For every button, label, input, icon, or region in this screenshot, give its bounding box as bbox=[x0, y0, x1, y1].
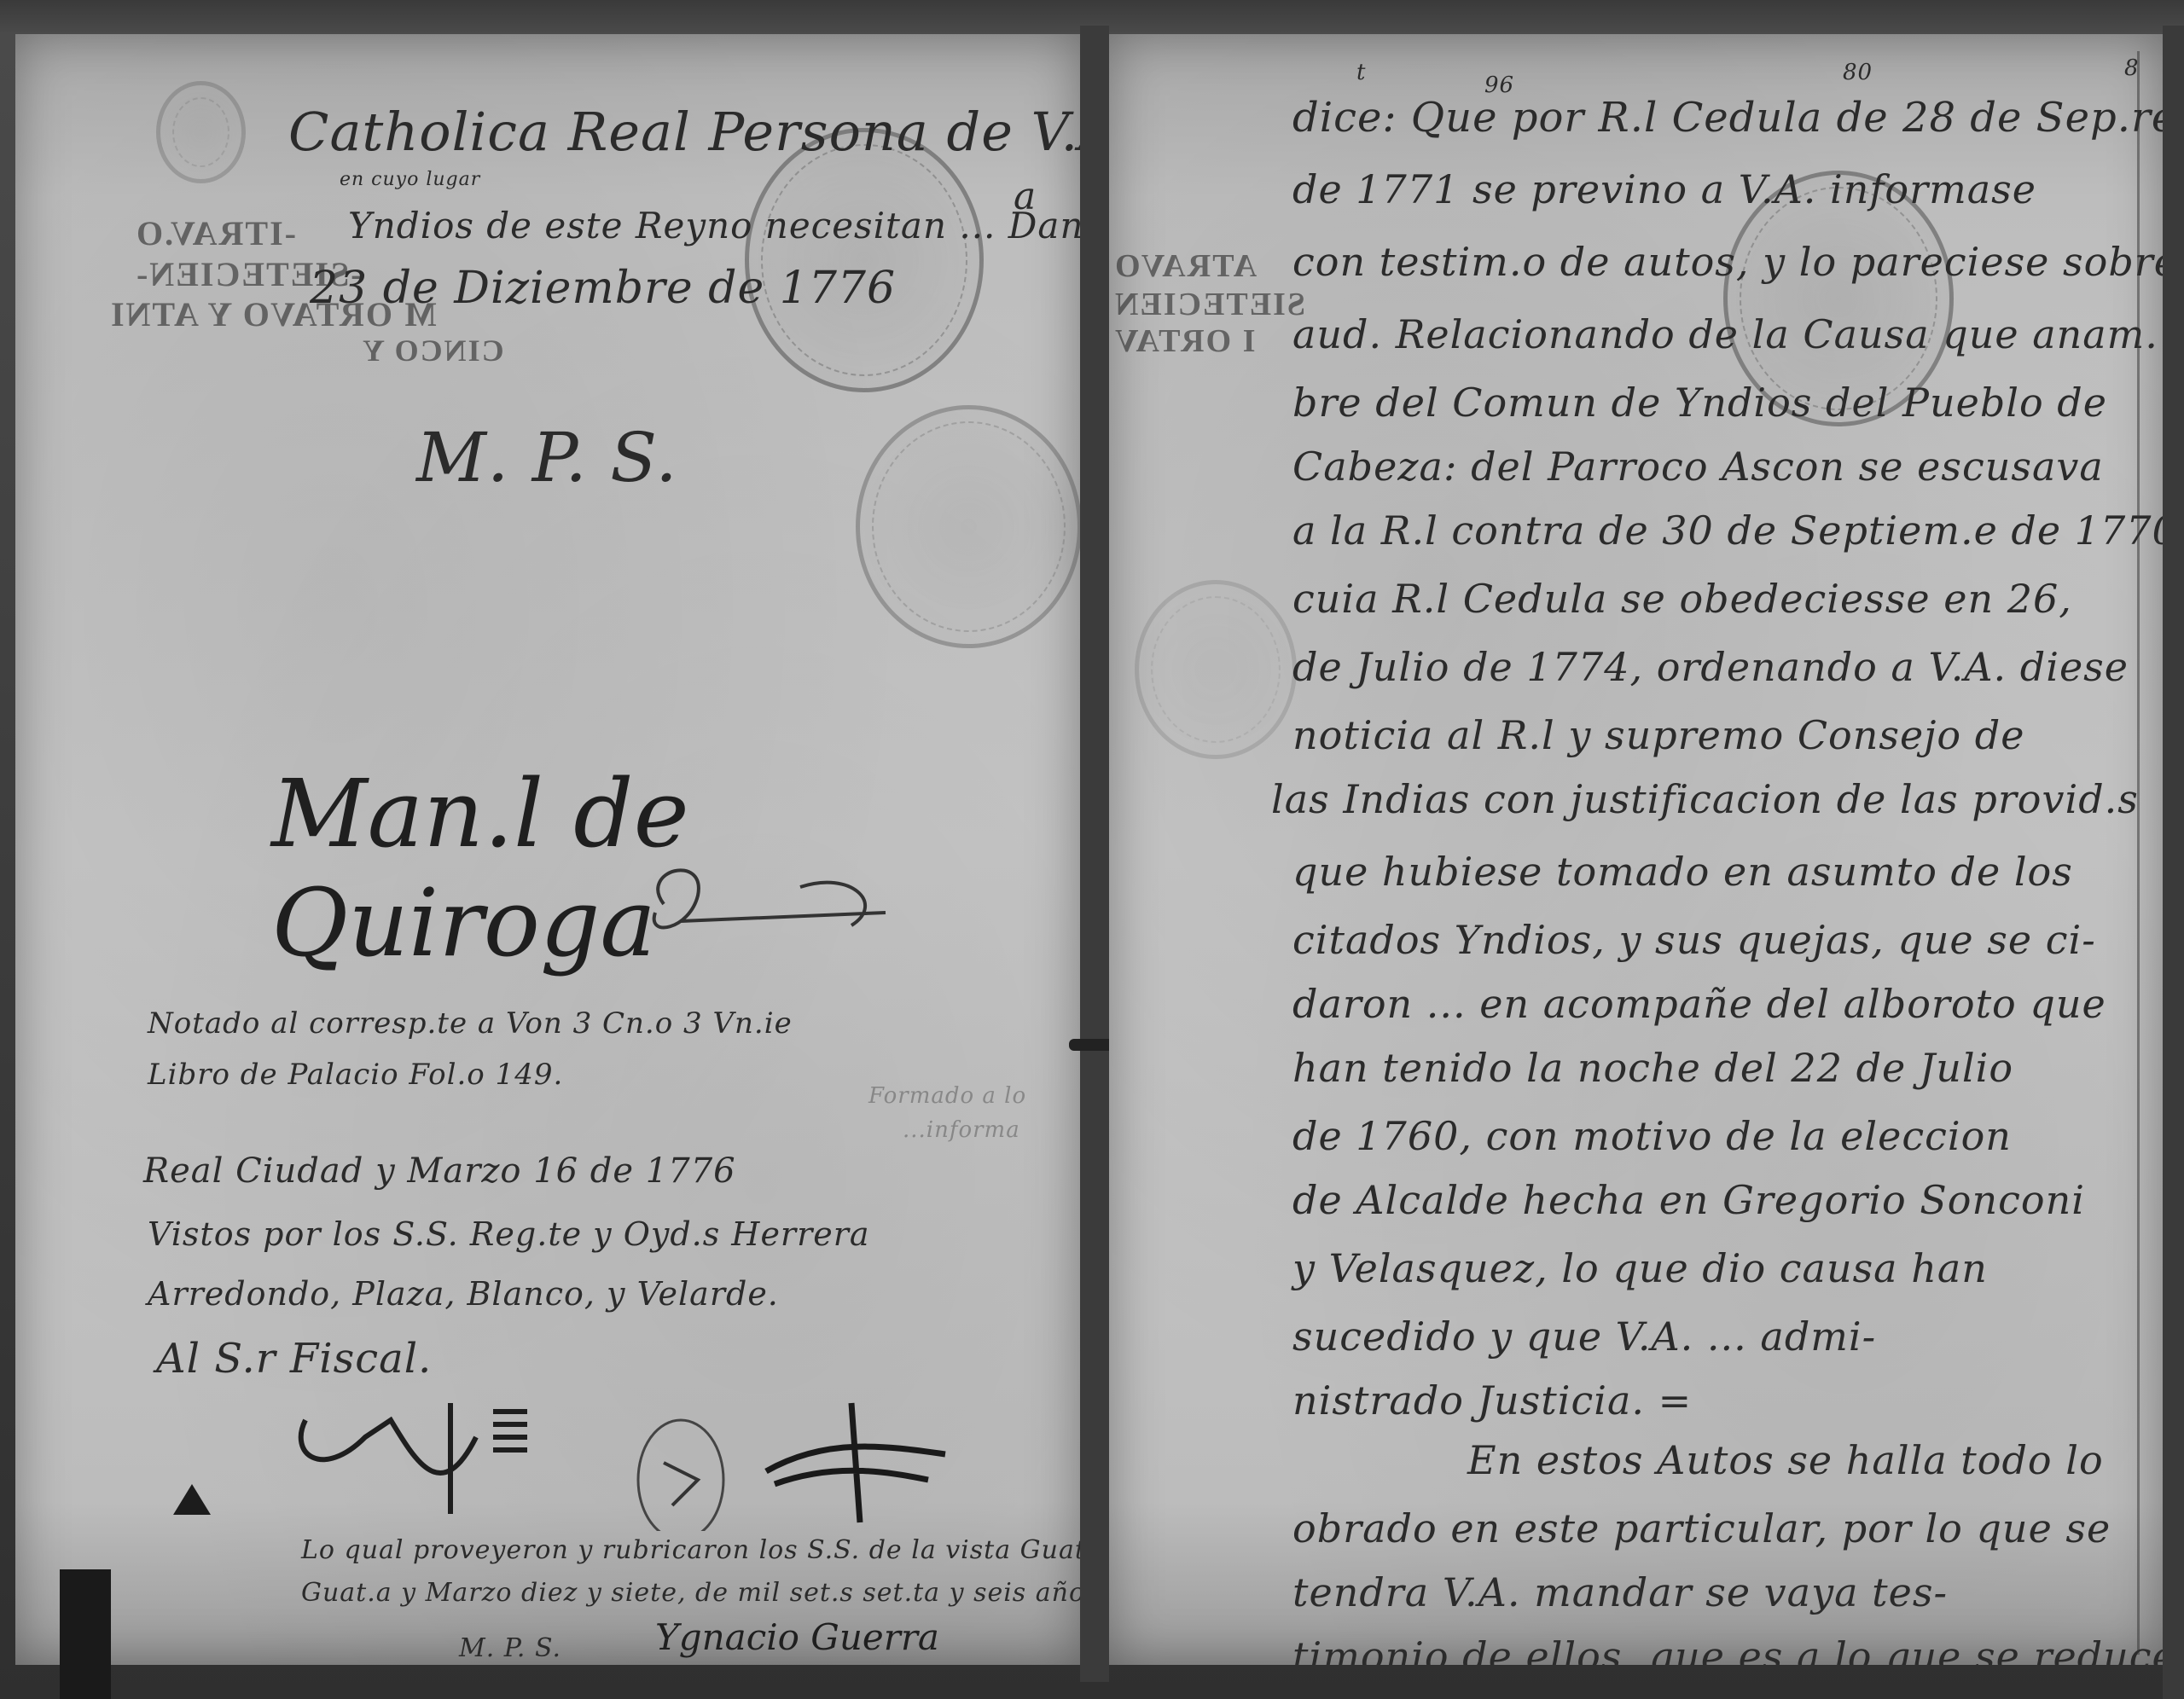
text-line-23: tendra V.A. mandar se vaya tes- bbox=[1292, 1569, 1948, 1615]
text-line-11: las Indias con justificacion de las prov… bbox=[1271, 776, 2139, 822]
header-superscript: en cuyo lugar bbox=[340, 169, 480, 190]
text-line-6: Cabeza: del Parroco Ascon se escusava bbox=[1292, 444, 2104, 490]
text-line-10: noticia al R.l y supremo Consejo de bbox=[1292, 712, 2024, 758]
note-line-1: Notado al corresp.te a Von 3 Cn.o 3 Vn.i… bbox=[148, 1006, 793, 1041]
margin-bleed-1: Formado a lo bbox=[868, 1083, 1026, 1109]
r-stamp-bleed-2: SIETECIEN bbox=[1113, 286, 1305, 323]
decree-line-4: Al S.r Fiscal. bbox=[156, 1335, 432, 1383]
note-line-2: Libro de Palacio Fol.o 149. bbox=[148, 1058, 563, 1092]
rubric-flourish-icon bbox=[630, 853, 903, 947]
salutation: M. P. S. bbox=[416, 418, 678, 497]
seal-stamp-middle bbox=[856, 405, 1080, 648]
text-line-17: de Alcalde hecha en Gregorio Sonconi bbox=[1292, 1177, 2085, 1223]
header-date: 23 de Diziembre de 1776 bbox=[310, 263, 896, 314]
publication-line-2: Guat.a y Marzo diez y siete, de mil set.… bbox=[301, 1578, 1080, 1608]
folio-mark-t: t bbox=[1356, 60, 1366, 85]
text-line-4: aud. Relacionando de la Causa que anam. bbox=[1292, 311, 2158, 357]
text-line-24: timonio de ellos, que es a lo que se red… bbox=[1292, 1633, 2163, 1665]
text-line-18: y Velasquez, lo que dio causa han bbox=[1292, 1245, 1988, 1291]
page-edge-line bbox=[2137, 51, 2140, 1655]
text-line-7: a la R.l contra de 30 de Septiem.e de 17… bbox=[1292, 507, 2163, 554]
text-line-21: En estos Autos se halla todo lo bbox=[1467, 1437, 2104, 1483]
decree-line-2: Vistos por los S.S. Reg.te y Oyd.s Herre… bbox=[148, 1215, 870, 1253]
text-line-19: sucedido y que V.A. ... admi- bbox=[1292, 1313, 1876, 1360]
text-line-15: han tenido la noche del 22 de Julio bbox=[1292, 1045, 2013, 1091]
folio-mark-80: 80 bbox=[1843, 60, 1873, 85]
text-line-8: cuia R.l Cedula se obedeciesse en 26, bbox=[1292, 576, 2072, 622]
seal-bleed-right bbox=[1135, 580, 1297, 759]
text-line-1: dice: Que por R.l Cedula de 28 de Sep.re bbox=[1292, 94, 2163, 142]
text-line-22: obrado en este particular, por lo que se bbox=[1292, 1505, 2111, 1551]
scan-shadow-block bbox=[60, 1569, 111, 1699]
book-gutter bbox=[1080, 26, 1109, 1682]
publication-line-1: Lo qual proveyeron y rubricaron los S.S.… bbox=[301, 1535, 1080, 1565]
text-line-2: de 1771 se previno a V.A. informase bbox=[1292, 166, 2036, 212]
margin-bleed-2: ...informa bbox=[903, 1117, 1020, 1143]
stamp-bleed-5: CINCO Y bbox=[361, 333, 504, 368]
rubric-signatures-icon bbox=[271, 1386, 1039, 1531]
text-line-16: de 1760, con motivo de la eleccion bbox=[1292, 1113, 2012, 1159]
header-line-2: Yndios de este Reyno necesitan ... Dan bbox=[348, 205, 1080, 246]
text-line-14: daron ... en acompañe del alboroto que bbox=[1292, 981, 2106, 1027]
seal-stamp-top bbox=[745, 128, 984, 392]
right-folio: ATRAVO SIETECIEN I ORTAV t 96 80 8 dice:… bbox=[1109, 34, 2163, 1665]
signature-ygnacio-guerra: Ygnacio Guerra bbox=[655, 1616, 939, 1658]
text-line-12: que hubiese tomado en asumto de los bbox=[1292, 849, 2073, 895]
text-line-9: de Julio de 1774, ordenando a V.A. diese bbox=[1292, 644, 2129, 690]
left-folio: -ITRAV.O -SIETECIEN- M ORTAVO Y ATNI CIN… bbox=[15, 34, 1080, 1665]
seal-faint-corner bbox=[156, 81, 246, 183]
text-line-20: nistrado Justicia. = bbox=[1292, 1377, 1692, 1424]
r-stamp-bleed-3: I ORTAV bbox=[1113, 322, 1255, 360]
scan-right-border bbox=[2163, 26, 2184, 1699]
text-line-5: bre del Comun de Yndios del Pueblo de bbox=[1292, 380, 2107, 426]
text-line-3: con testim.o de autos, y lo pareciese so… bbox=[1292, 239, 2163, 285]
dark-mark bbox=[173, 1484, 211, 1515]
stamp-bleed-1: -ITRAV.O bbox=[135, 213, 296, 253]
text-line-13: citados Yndios, y sus quejas, que se ci- bbox=[1292, 917, 2096, 963]
decree-line-3: Arredondo, Plaza, Blanco, y Velarde. bbox=[148, 1275, 779, 1313]
r-stamp-bleed-1: ATRAVO bbox=[1113, 247, 1257, 285]
header-line-1: Catholica Real Persona de V.A. los bbox=[288, 101, 1080, 163]
bottom-mps: M. P. S. bbox=[459, 1633, 561, 1663]
decree-line-1: Real Ciudad y Marzo 16 de 1776 bbox=[143, 1151, 736, 1191]
